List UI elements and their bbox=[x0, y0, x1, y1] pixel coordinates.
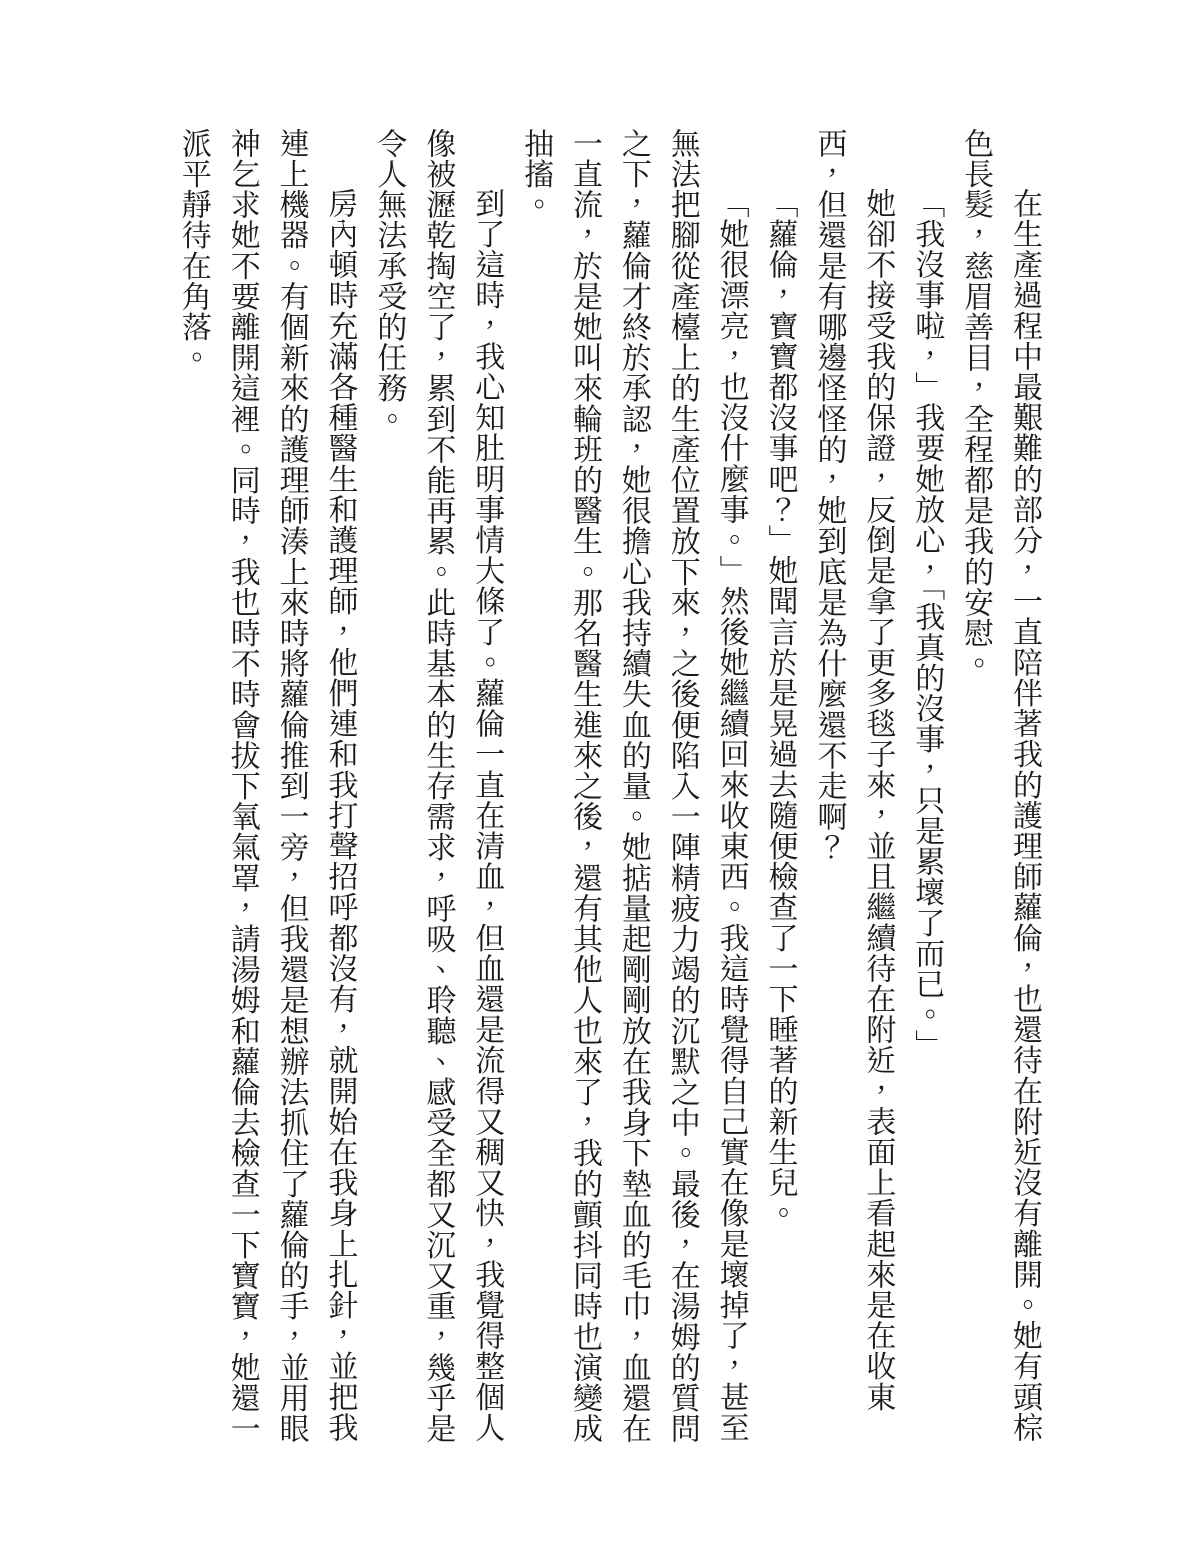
book-page: 在生產過程中最艱難的部分，一直陪伴著我的護理師蘿倫，也還待在附近沒有離開。她有頭… bbox=[0, 0, 1200, 1554]
paragraph: 房內頓時充滿各種醫生和護理師，他們連和我打聲招呼都沒有，就開始在我身上扎針，並把… bbox=[168, 128, 364, 1458]
paragraph: 「她很漂亮，也沒什麼事。」然後她繼續回來收東西。我這時覺得自己實在像是壞掉了，甚… bbox=[510, 128, 754, 1458]
paragraph: 她卻不接受我的保證，反倒是拿了更多毯子來，並且繼續待在附近，表面上看起來是在收東… bbox=[804, 128, 902, 1458]
paragraph: 「我沒事啦，」我要她放心，「我真的沒事，只是累壞了而已。」 bbox=[901, 128, 950, 1458]
paragraph: 在生產過程中最艱難的部分，一直陪伴著我的護理師蘿倫，也還待在附近沒有離開。她有頭… bbox=[950, 128, 1048, 1458]
paragraph: 「蘿倫，寶寶都沒事吧？」她聞言於是晃過去隨便檢查了一下睡著的新生兒。 bbox=[755, 128, 804, 1458]
paragraph: 到了這時，我心知肚明事情大條了。蘿倫一直在清血，但血還是流得又稠又快，我覺得整個… bbox=[364, 128, 511, 1458]
vertical-text-block: 在生產過程中最艱難的部分，一直陪伴著我的護理師蘿倫，也還待在附近沒有離開。她有頭… bbox=[168, 128, 1048, 1458]
